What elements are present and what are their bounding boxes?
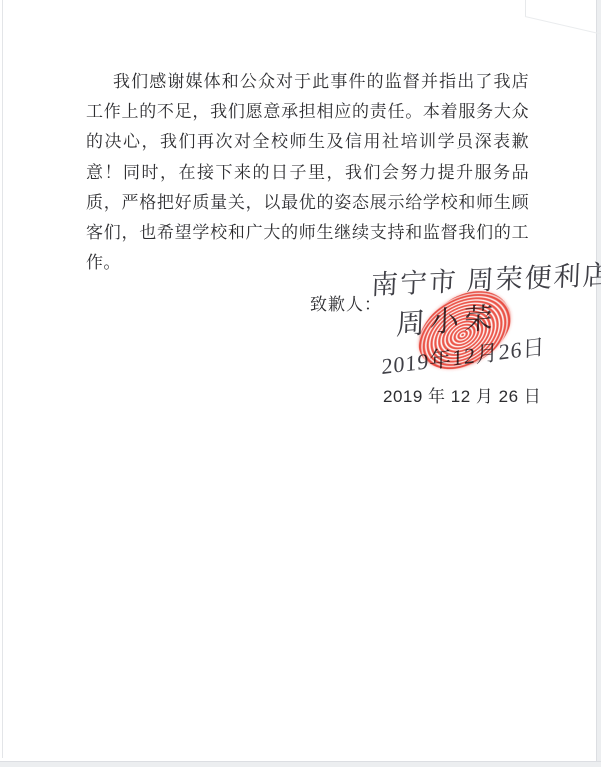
scan-bottom-edge-strip xyxy=(0,761,601,767)
scan-left-edge-line xyxy=(2,0,3,758)
scanned-apology-letter-page: 我们感谢媒体和公众对于此事件的监督并指出了我店工作上的不足，我们愿意承担相应的责… xyxy=(0,0,601,767)
apology-paragraph: 我们感谢媒体和公众对于此事件的监督并指出了我店工作上的不足，我们愿意承担相应的责… xyxy=(86,67,529,278)
scan-right-edge-strip xyxy=(596,0,601,767)
typed-date: 2019 年 12 月 26 日 xyxy=(383,382,541,407)
scan-artifact-line-diagonal xyxy=(525,16,601,35)
scan-artifact-line-vertical xyxy=(525,0,526,17)
